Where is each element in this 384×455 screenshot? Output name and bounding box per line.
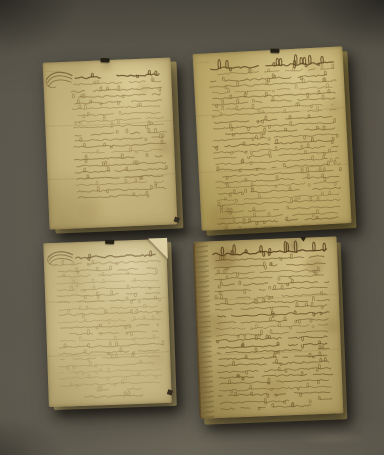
handwriting-lines (46, 66, 169, 201)
manuscript-bottom-left (43, 239, 172, 407)
pin-fastener (105, 240, 114, 244)
handwriting-svg (194, 236, 344, 418)
pin-fastener (100, 58, 109, 62)
manuscripts-layer (0, 0, 384, 455)
handwriting-svg (43, 239, 172, 407)
manuscript-top-left (43, 57, 178, 229)
stain-group (73, 59, 175, 222)
handwriting-lines (196, 53, 345, 231)
handwriting-svg (192, 46, 351, 231)
photo (0, 0, 384, 455)
folded-corner (148, 238, 168, 260)
handwriting-svg (43, 57, 178, 229)
manuscript-bottom-right (194, 236, 344, 418)
manuscript-top-right (192, 46, 351, 231)
pin-fastener (270, 49, 279, 53)
